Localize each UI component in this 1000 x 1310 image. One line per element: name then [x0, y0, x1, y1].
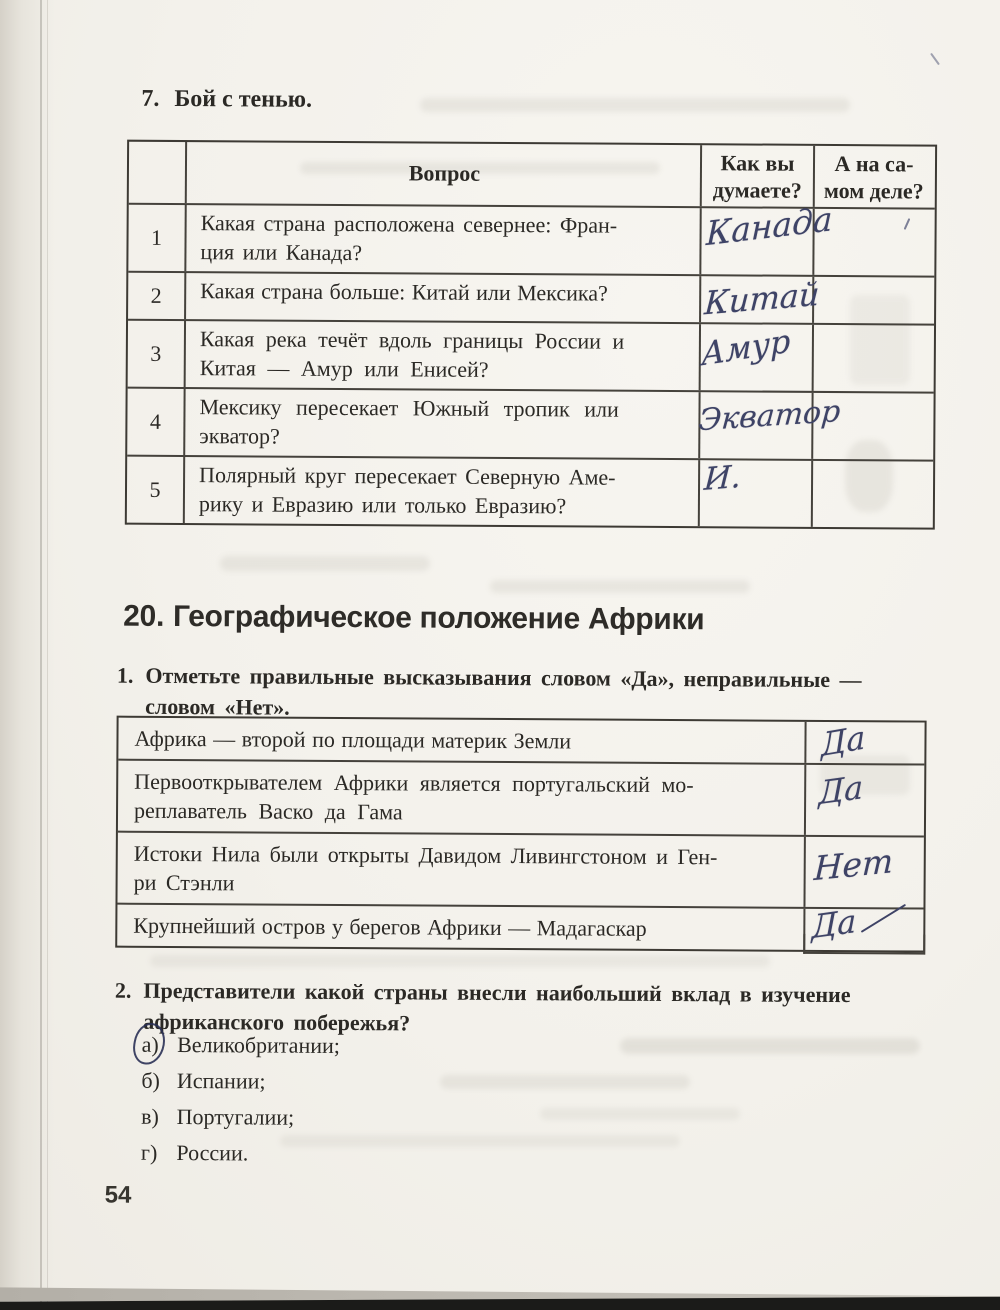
option-text: Испании; [177, 1068, 266, 1094]
option-text: Великобритании; [177, 1032, 340, 1058]
row-number-cell: 4 [127, 389, 183, 455]
handwritten-answer: Амур [701, 322, 790, 374]
column-header-question: Вопрос [409, 159, 481, 186]
row-number-cell: 5 [127, 457, 183, 523]
task1-table: Африка — второй по площади материк Земли… [115, 716, 926, 953]
task7-heading: 7. Бой с тенью. [141, 86, 312, 114]
fact-answer-cell [811, 461, 931, 528]
table-row: 5 Полярный круг пересекает Северную Аме-… [127, 455, 933, 528]
statement-cell: Крупнейший остров у берегов Африки — Мад… [117, 905, 803, 950]
answer-cell: Нет [803, 837, 923, 908]
handwritten-answer: Да [820, 718, 866, 764]
question-cell: Какая страна больше: Китай или Мексика? [184, 273, 699, 322]
think-answer-cell: Канада [699, 208, 812, 275]
option-label: б) [141, 1066, 171, 1095]
column-header-fact: А на са- мом деле? [824, 149, 924, 204]
table-header-row: Вопрос Как вы думаете? А на са- мом деле… [129, 142, 935, 208]
handwritten-answer: Да [818, 768, 863, 812]
handwritten-answer: Да [811, 902, 856, 946]
statement-cell: Истоки Нила были открыты Давидом Ливингс… [117, 833, 803, 907]
answer-cell: Да [804, 722, 924, 764]
question-cell: Мексику пересекает Южный тропик или эква… [183, 389, 698, 458]
option-a: а) Великобритании; [142, 1030, 340, 1060]
handwritten-answer: Нет [813, 841, 894, 888]
column-header-think: Как вы думаете? [713, 149, 802, 204]
task2-options: а) Великобритании; б) Испании; в) Португ… [141, 1030, 340, 1175]
option-v: в) Португалии; [141, 1102, 339, 1132]
table-row: Первооткрывателем Африки является португ… [118, 759, 924, 836]
option-label: в) [141, 1102, 171, 1131]
workbook-scanned-page: 7. Бой с тенью. Вопрос Как вы думаете? А… [0, 0, 1000, 1310]
pen-check-stroke [861, 904, 906, 933]
option-label: г) [141, 1138, 171, 1167]
row-number-cell: 3 [128, 321, 184, 387]
task7-title: Бой с тенью. [174, 86, 312, 114]
section20-title: Географическое положение Африки [173, 600, 705, 637]
task7-table: Вопрос Как вы думаете? А на са- мом деле… [125, 140, 937, 530]
think-answer-cell: Экватор [698, 392, 811, 459]
question-cell: Полярный круг пересекает Северную Аме- р… [183, 457, 698, 526]
table-row: 3 Какая река течёт вдоль границы России … [128, 319, 934, 392]
option-g: г) России. [141, 1138, 339, 1168]
handwritten-answer: Китай [703, 275, 820, 323]
task1-number: 1. [117, 660, 134, 722]
option-text: России. [176, 1140, 248, 1165]
handwritten-answer: И. [703, 459, 742, 498]
task7-number: 7. [141, 86, 159, 113]
table-row: Истоки Нила были открыты Давидом Ливингс… [117, 831, 923, 908]
section20-number: 20. [123, 600, 164, 634]
row-number-cell: 1 [128, 205, 184, 271]
option-b: б) Испании; [141, 1066, 339, 1096]
question-cell: Какая река течёт вдоль границы России и … [184, 321, 699, 390]
page-number: 54 [105, 1182, 132, 1210]
fact-answer-cell [812, 277, 932, 324]
header-think-cell: Как вы думаете? [700, 145, 813, 207]
answer-cell: Да [804, 765, 924, 836]
table-row: 1 Какая страна расположена севернее: Фра… [128, 203, 934, 276]
question-cell: Какая страна расположена севернее: Фран-… [184, 205, 699, 274]
fact-answer-cell [812, 325, 932, 392]
header-question-cell: Вопрос [185, 142, 700, 206]
statement-cell: Африка — второй по площади материк Земли [118, 718, 804, 763]
table-row: 2 Какая страна больше: Китай или Мексика… [128, 271, 934, 324]
table-row: Африка — второй по площади материк Земли… [118, 718, 924, 764]
section20-heading: 20. Географическое положение Африки [123, 600, 704, 638]
think-answer-cell: Амур [699, 324, 812, 391]
statement-cell: Первооткрывателем Африки является португ… [118, 761, 804, 835]
think-answer-cell: И. [698, 460, 811, 527]
option-text: Португалии; [177, 1104, 295, 1130]
table-row: 4 Мексику пересекает Южный тропик или эк… [127, 387, 933, 460]
row-number-cell: 2 [128, 273, 184, 319]
task2-number: 2. [115, 975, 132, 1037]
header-number-cell [129, 142, 185, 203]
think-answer-cell: Китай [699, 276, 812, 323]
